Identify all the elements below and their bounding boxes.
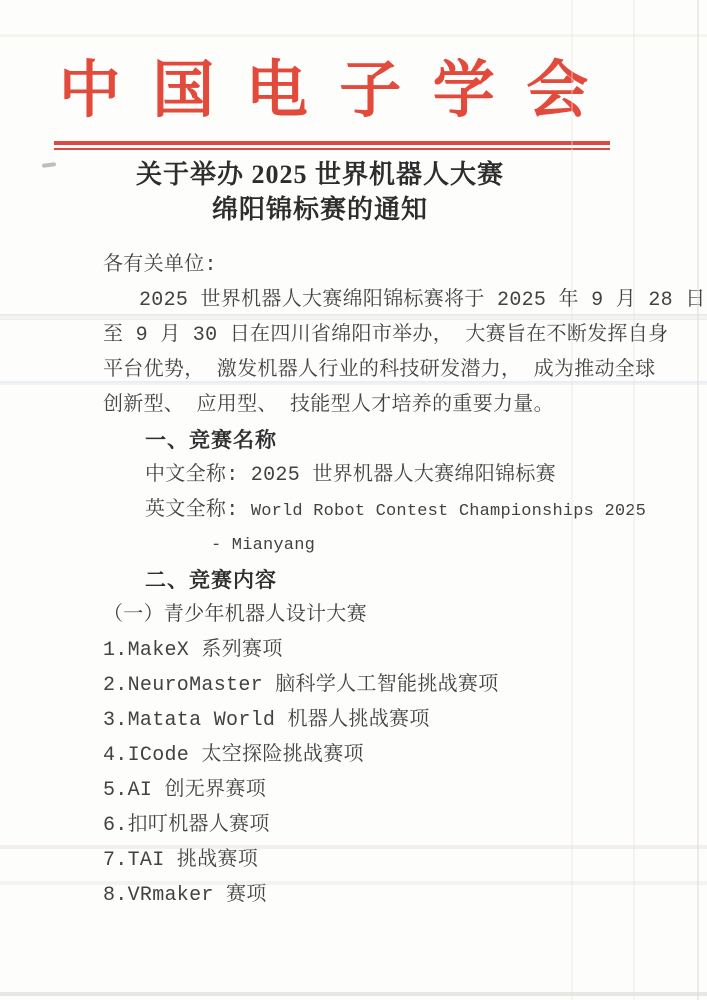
document-title-line2: 绵阳锦标赛的通知 — [0, 192, 640, 227]
document-title-line1: 关于举办 2025 世界机器人大赛 — [0, 157, 640, 192]
list-item: 8.VRmaker 赛项 — [103, 878, 623, 913]
section1-heading: 一、竞赛名称 — [103, 423, 623, 458]
chinese-name-line: 中文全称: 2025 世界机器人大赛绵阳锦标赛 — [103, 458, 623, 493]
list-item: 1.MakeX 系列赛项 — [103, 633, 623, 668]
scan-artifact-band — [0, 34, 707, 37]
list-item: 3.Matata World 机器人挑战赛项 — [103, 703, 623, 738]
list-item: 4.ICode 太空探险挑战赛项 — [103, 738, 623, 773]
english-name-value: World Robot Contest Championships 2025 — [251, 502, 646, 521]
list-item: 6.扣叮机器人赛项 — [103, 808, 623, 843]
subsection-heading: （一）青少年机器人设计大赛 — [103, 598, 623, 633]
scanned-notice-page: 中 国 电 子 学 会 关于举办 2025 世界机器人大赛 绵阳锦标赛的通知 各… — [0, 0, 707, 1000]
paragraph-line: 创新型、 应用型、 技能型人才培养的重要力量。 — [103, 388, 623, 423]
document-body: 各有关单位: 2025 世界机器人大赛绵阳锦标赛将于 2025 年 9 月 28… — [103, 248, 623, 913]
list-item: 2.NeuroMaster 脑科学人工智能挑战赛项 — [103, 668, 623, 703]
section2-heading: 二、竞赛内容 — [103, 563, 623, 598]
rule-thin-line — [54, 148, 610, 150]
english-name-continuation: - Mianyang — [103, 528, 623, 563]
scan-artifact-streak — [697, 0, 699, 1000]
salutation: 各有关单位: — [103, 248, 623, 283]
list-item: 5.AI 创无界赛项 — [103, 773, 623, 808]
paragraph-line: 平台优势， 激发机器人行业的科技研发潜力， 成为推动全球 — [103, 353, 623, 388]
organization-name: 中 国 电 子 学 会 — [0, 50, 655, 132]
scan-artifact-band — [0, 992, 707, 996]
document-title: 关于举办 2025 世界机器人大赛 绵阳锦标赛的通知 — [0, 157, 640, 227]
paragraph-line: 至 9 月 30 日在四川省绵阳市举办， 大赛旨在不断发挥自身 — [103, 318, 623, 353]
paragraph-line: 2025 世界机器人大赛绵阳锦标赛将于 2025 年 9 月 28 日 — [103, 283, 623, 318]
english-name-line: 英文全称: World Robot Contest Championships … — [103, 493, 623, 528]
letterhead-double-rule — [54, 141, 610, 150]
list-item: 7.TAI 挑战赛项 — [103, 843, 623, 878]
english-name-label: 英文全称: — [145, 499, 251, 522]
